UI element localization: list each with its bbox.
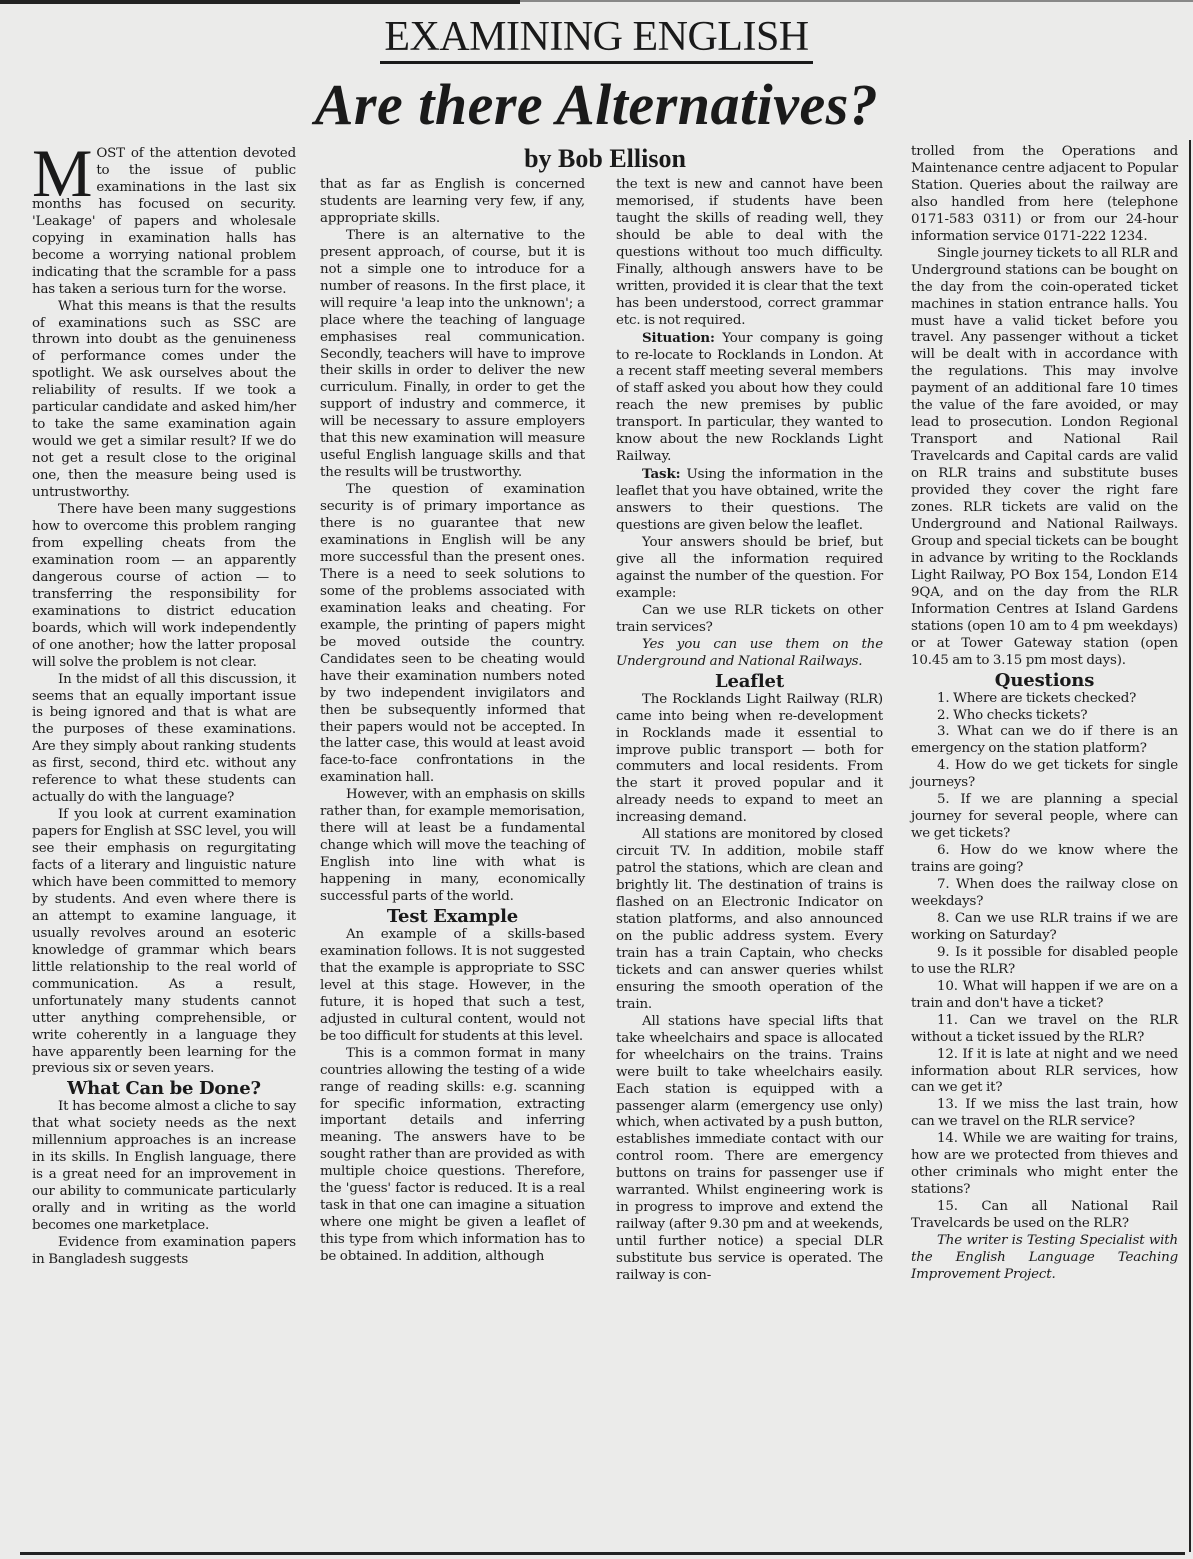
question-item: 9. Is it possible for disabled people to…	[911, 945, 1178, 979]
question-item: 8. Can we use RLR trains if we are worki…	[911, 911, 1178, 945]
task-paragraph: Task: Using the information in the leafl…	[616, 466, 883, 535]
column-2: that as far as English is concerned stud…	[320, 177, 585, 1266]
author-note: The writer is Testing Specialist with th…	[911, 1233, 1178, 1284]
column-4: trolled from the Operations and Maintena…	[911, 144, 1178, 1284]
top-rule	[0, 0, 520, 4]
paragraph: Your answers should be brief, but give a…	[616, 535, 883, 603]
leaflet-paragraph: All stations have special lifts that tak…	[616, 1014, 883, 1285]
question-item: 11. Can we travel on the RLR without a t…	[911, 1013, 1178, 1047]
paragraph: This is a common format in many countrie…	[320, 1046, 585, 1266]
example-question: Can we use RLR tickets on other train se…	[616, 603, 883, 637]
question-item: 1. Where are tickets checked?	[911, 691, 1178, 708]
leaflet-paragraph: Single journey tickets to all RLR and Un…	[911, 246, 1178, 670]
paragraph: An example of a skills-based examination…	[320, 927, 585, 1046]
paragraph: Evidence from examination papers in Bang…	[32, 1235, 296, 1269]
leaflet-paragraph: The Rocklands Light Railway (RLR) came i…	[616, 692, 883, 828]
bottom-rule	[20, 1552, 1185, 1555]
byline: by Bob Ellison	[310, 142, 900, 176]
question-item: 4. How do we get tickets for single jour…	[911, 758, 1178, 792]
question-item: 6. How do we know where the trains are g…	[911, 843, 1178, 877]
question-item: 5. If we are planning a special journey …	[911, 792, 1178, 843]
drop-cap: M	[32, 148, 92, 198]
subheading-test-example: Test Example	[320, 906, 585, 927]
column-3: the text is new and cannot have been mem…	[616, 177, 883, 1285]
paragraph-continued: the text is new and cannot have been mem…	[616, 177, 883, 330]
paragraph: The question of examination security is …	[320, 482, 585, 787]
paragraph: There have been many suggestions how to …	[32, 502, 296, 672]
section-title: EXAMINING ENGLISH	[380, 14, 812, 64]
column-1: MOST of the attention devoted to the iss…	[32, 146, 296, 1269]
headline: Are there Alternatives?	[0, 72, 1193, 138]
question-item: 10. What will happen if we are on a trai…	[911, 979, 1178, 1013]
situation-label: Situation:	[642, 330, 715, 346]
paragraph: In the midst of all this discussion, it …	[32, 672, 296, 808]
subheading-what-can-be-done: What Can be Done?	[32, 1078, 296, 1099]
subheading-questions: Questions	[911, 670, 1178, 691]
section-kicker: EXAMINING ENGLISH	[0, 14, 1193, 64]
questions-list: 1. Where are tickets checked? 2. Who che…	[911, 691, 1178, 1234]
question-item: 13. If we miss the last train, how can w…	[911, 1097, 1178, 1131]
question-item: 3. What can we do if there is an emergen…	[911, 724, 1178, 758]
question-item: 7. When does the railway close on weekda…	[911, 877, 1178, 911]
intro-paragraph: MOST of the attention devoted to the iss…	[32, 146, 296, 299]
paragraph: However, with an emphasis on skills rath…	[320, 787, 585, 906]
example-answer: Yes you can use them on the Underground …	[616, 637, 883, 671]
subheading-leaflet: Leaflet	[616, 671, 883, 692]
leaflet-paragraph-continued: trolled from the Operations and Maintena…	[911, 144, 1178, 246]
paragraph-continued: that as far as English is concerned stud…	[320, 177, 585, 228]
question-item: 14. While we are waiting for trains, how…	[911, 1131, 1178, 1199]
paragraph: It has become almost a cliche to say tha…	[32, 1099, 296, 1235]
paragraph: If you look at current examination paper…	[32, 807, 296, 1078]
task-label: Task:	[642, 466, 680, 482]
paragraph: What this means is that the results of e…	[32, 299, 296, 502]
paragraph: There is an alternative to the present a…	[320, 228, 585, 482]
leaflet-paragraph: All stations are monitored by closed cir…	[616, 827, 883, 1013]
right-border-rule	[1189, 140, 1191, 1552]
question-item: 12. If it is late at night and we need i…	[911, 1047, 1178, 1098]
question-item: 2. Who checks tickets?	[911, 708, 1178, 725]
question-item: 15. Can all National Rail Travelcards be…	[911, 1199, 1178, 1233]
situation-paragraph: Situation: Your company is going to re-l…	[616, 330, 883, 467]
top-rule-thin	[520, 0, 1193, 2]
